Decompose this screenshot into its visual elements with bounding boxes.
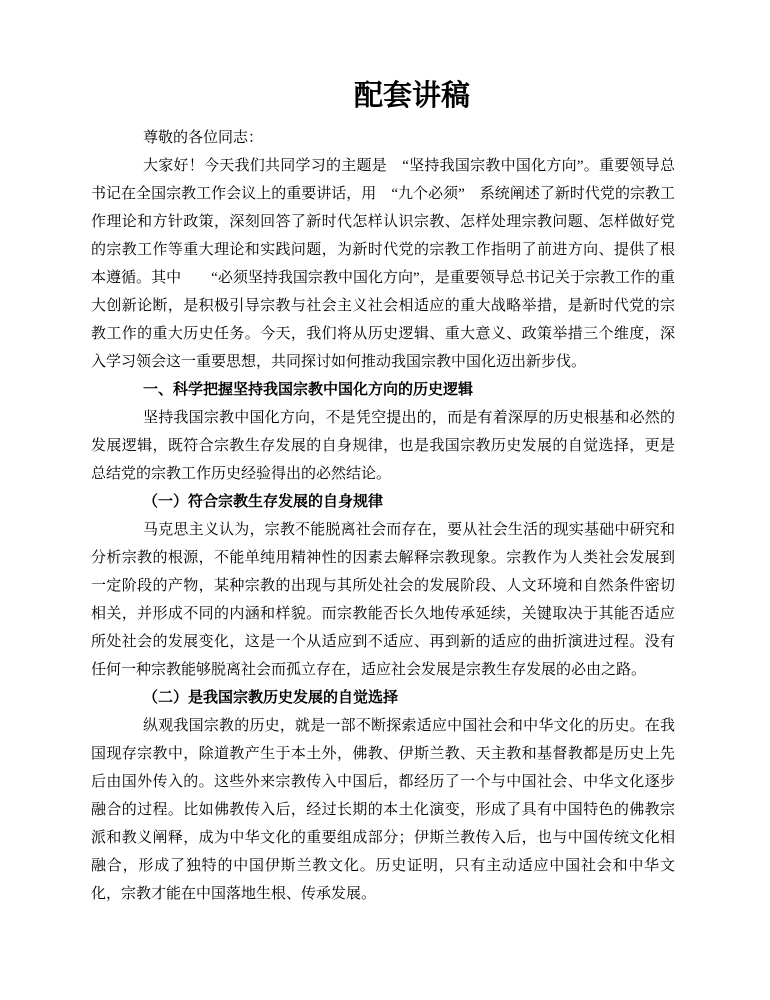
subsection-1-1-body: 马克思主义认为，宗教不能脱离社会而存在，要从社会生活的现实基础中研究和分析宗教的… bbox=[91, 516, 675, 684]
intro-paragraph: 大家好！今天我们共同学习的主题是 “坚持我国宗教中国化方向”。重要领导总书记在全… bbox=[91, 152, 675, 376]
subsection-1-1-heading: （一）符合宗教生存发展的自身规律 bbox=[91, 488, 675, 516]
subsection-1-2-heading: （二）是我国宗教历史发展的自觉选择 bbox=[91, 684, 675, 712]
section-1-heading: 一、科学把握坚持我国宗教中国化方向的历史逻辑 bbox=[91, 376, 675, 404]
document-page: 配套讲稿 尊敬的各位同志： 大家好！今天我们共同学习的主题是 “坚持我国宗教中国… bbox=[0, 0, 770, 1000]
section-1-body: 坚持我国宗教中国化方向，不是凭空提出的，而是有着深厚的历史根基和必然的发展逻辑，… bbox=[91, 404, 675, 488]
subsection-1-2-body: 纵观我国宗教的历史，就是一部不断探索适应中国社会和中华文化的历史。在我国现存宗教… bbox=[91, 712, 675, 908]
document-title: 配套讲稿 bbox=[91, 78, 675, 114]
salutation-line: 尊敬的各位同志： bbox=[91, 124, 675, 152]
